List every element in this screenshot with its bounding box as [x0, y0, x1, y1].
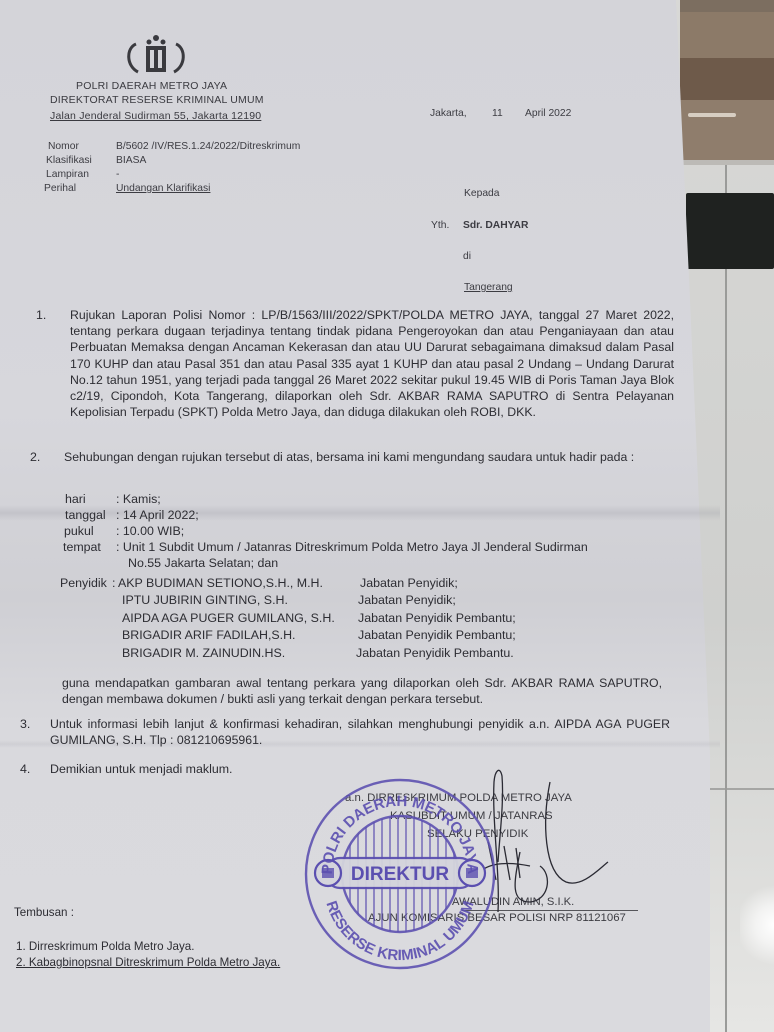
- nomor-label: Nomor: [48, 141, 79, 152]
- hari-label: hari: [65, 492, 86, 506]
- wall-background: [680, 0, 774, 165]
- tempat-label: tempat: [63, 540, 101, 554]
- tempat-value-2: No.55 Jakarta Selatan; dan: [128, 556, 278, 570]
- tempat-value-1: : Unit 1 Subdit Umum / Jatanras Ditreskr…: [116, 540, 588, 554]
- investigator-name: AKP BUDIMAN SETIONO,S.H., M.H.: [118, 576, 323, 590]
- recipient-name: Sdr. DAHYAR: [463, 220, 528, 231]
- tanggal-label: tanggal: [65, 508, 106, 522]
- purpose-text: guna mendapatkan gambaran awal tentang p…: [62, 675, 662, 707]
- place: Jakarta,: [430, 108, 467, 119]
- point-3-text: Untuk informasi lebih lanjut & konfirmas…: [50, 716, 670, 748]
- investigator-name: IPTU JUBIRIN GINTING, S.H.: [122, 593, 288, 607]
- tembusan-item: 1. Dirreskrimum Polda Metro Jaya.: [16, 940, 194, 953]
- investigator-role: Jabatan Penyidik;: [360, 576, 458, 590]
- klasifikasi-value: BIASA: [116, 155, 146, 166]
- klasifikasi-label: Klasifikasi: [46, 155, 92, 166]
- letterhead-line-3: Jalan Jenderal Sudirman 55, Jakarta 1219…: [50, 110, 261, 122]
- investigator-name: BRIGADIR M. ZAINUDIN.HS.: [122, 646, 285, 660]
- nomor-value: B/5602 /IV/RES.1.24/2022/Ditreskrimum: [116, 141, 300, 152]
- letterhead-line-1: POLRI DAERAH METRO JAYA: [76, 80, 227, 92]
- investigator-role: Jabatan Penyidik Pembantu.: [356, 646, 514, 660]
- di-label: di: [463, 251, 471, 262]
- point-1-text: Rujukan Laporan Polisi Nomor : LP/B/1563…: [70, 307, 674, 420]
- lampiran-label: Lampiran: [46, 169, 89, 180]
- yth-label: Yth.: [431, 220, 449, 231]
- perihal-value: Undangan Klarifikasi: [116, 183, 210, 194]
- tembusan-item: 2. Kabagbinopsnal Ditreskrimum Polda Met…: [16, 956, 280, 969]
- point-1-number: 1.: [36, 308, 46, 322]
- recipient-city: Tangerang: [464, 282, 513, 293]
- point-3-number: 3.: [20, 717, 30, 731]
- point-4-text: Demikian untuk menjadi maklum.: [50, 762, 233, 776]
- investigator-role: Jabatan Penyidik Pembantu;: [358, 611, 516, 625]
- dark-object: [686, 193, 774, 269]
- light-glare: [740, 880, 774, 970]
- point-2-number: 2.: [30, 450, 40, 464]
- paper-fold: [0, 505, 720, 521]
- pukul-label: pukul: [64, 524, 94, 538]
- tembusan-label: Tembusan :: [14, 906, 74, 919]
- penyidik-colon: :: [112, 576, 115, 590]
- kepada-label: Kepada: [464, 188, 500, 199]
- lampiran-value: -: [116, 169, 119, 180]
- investigator-role: Jabatan Penyidik;: [358, 593, 456, 607]
- stamp-center-text: DIREKTUR: [351, 864, 449, 885]
- point-4-number: 4.: [20, 762, 30, 776]
- letterhead-line-2: DIREKTORAT RESERSE KRIMINAL UMUM: [50, 94, 264, 106]
- perihal-label: Perihal: [44, 183, 76, 194]
- investigator-role: Jabatan Penyidik Pembantu;: [358, 628, 516, 642]
- pukul-value: : 10.00 WIB;: [116, 524, 184, 538]
- penyidik-label: Penyidik: [60, 576, 107, 590]
- official-stamp: DIREKTUR POLRI DAERAH METRO JAYA RESERSE…: [302, 776, 498, 972]
- point-2-text: Sehubungan dengan rujukan tersebut di at…: [64, 449, 664, 465]
- polri-emblem-icon: [124, 32, 188, 76]
- investigator-name: AIPDA AGA PUGER GUMILANG, S.H.: [122, 611, 335, 625]
- tanggal-value: : 14 April 2022;: [116, 508, 199, 522]
- investigator-name: BRIGADIR ARIF FADILAH,S.H.: [122, 628, 296, 642]
- date-day: 11: [492, 108, 503, 119]
- hari-value: : Kamis;: [116, 492, 161, 506]
- date-month-year: April 2022: [525, 108, 571, 119]
